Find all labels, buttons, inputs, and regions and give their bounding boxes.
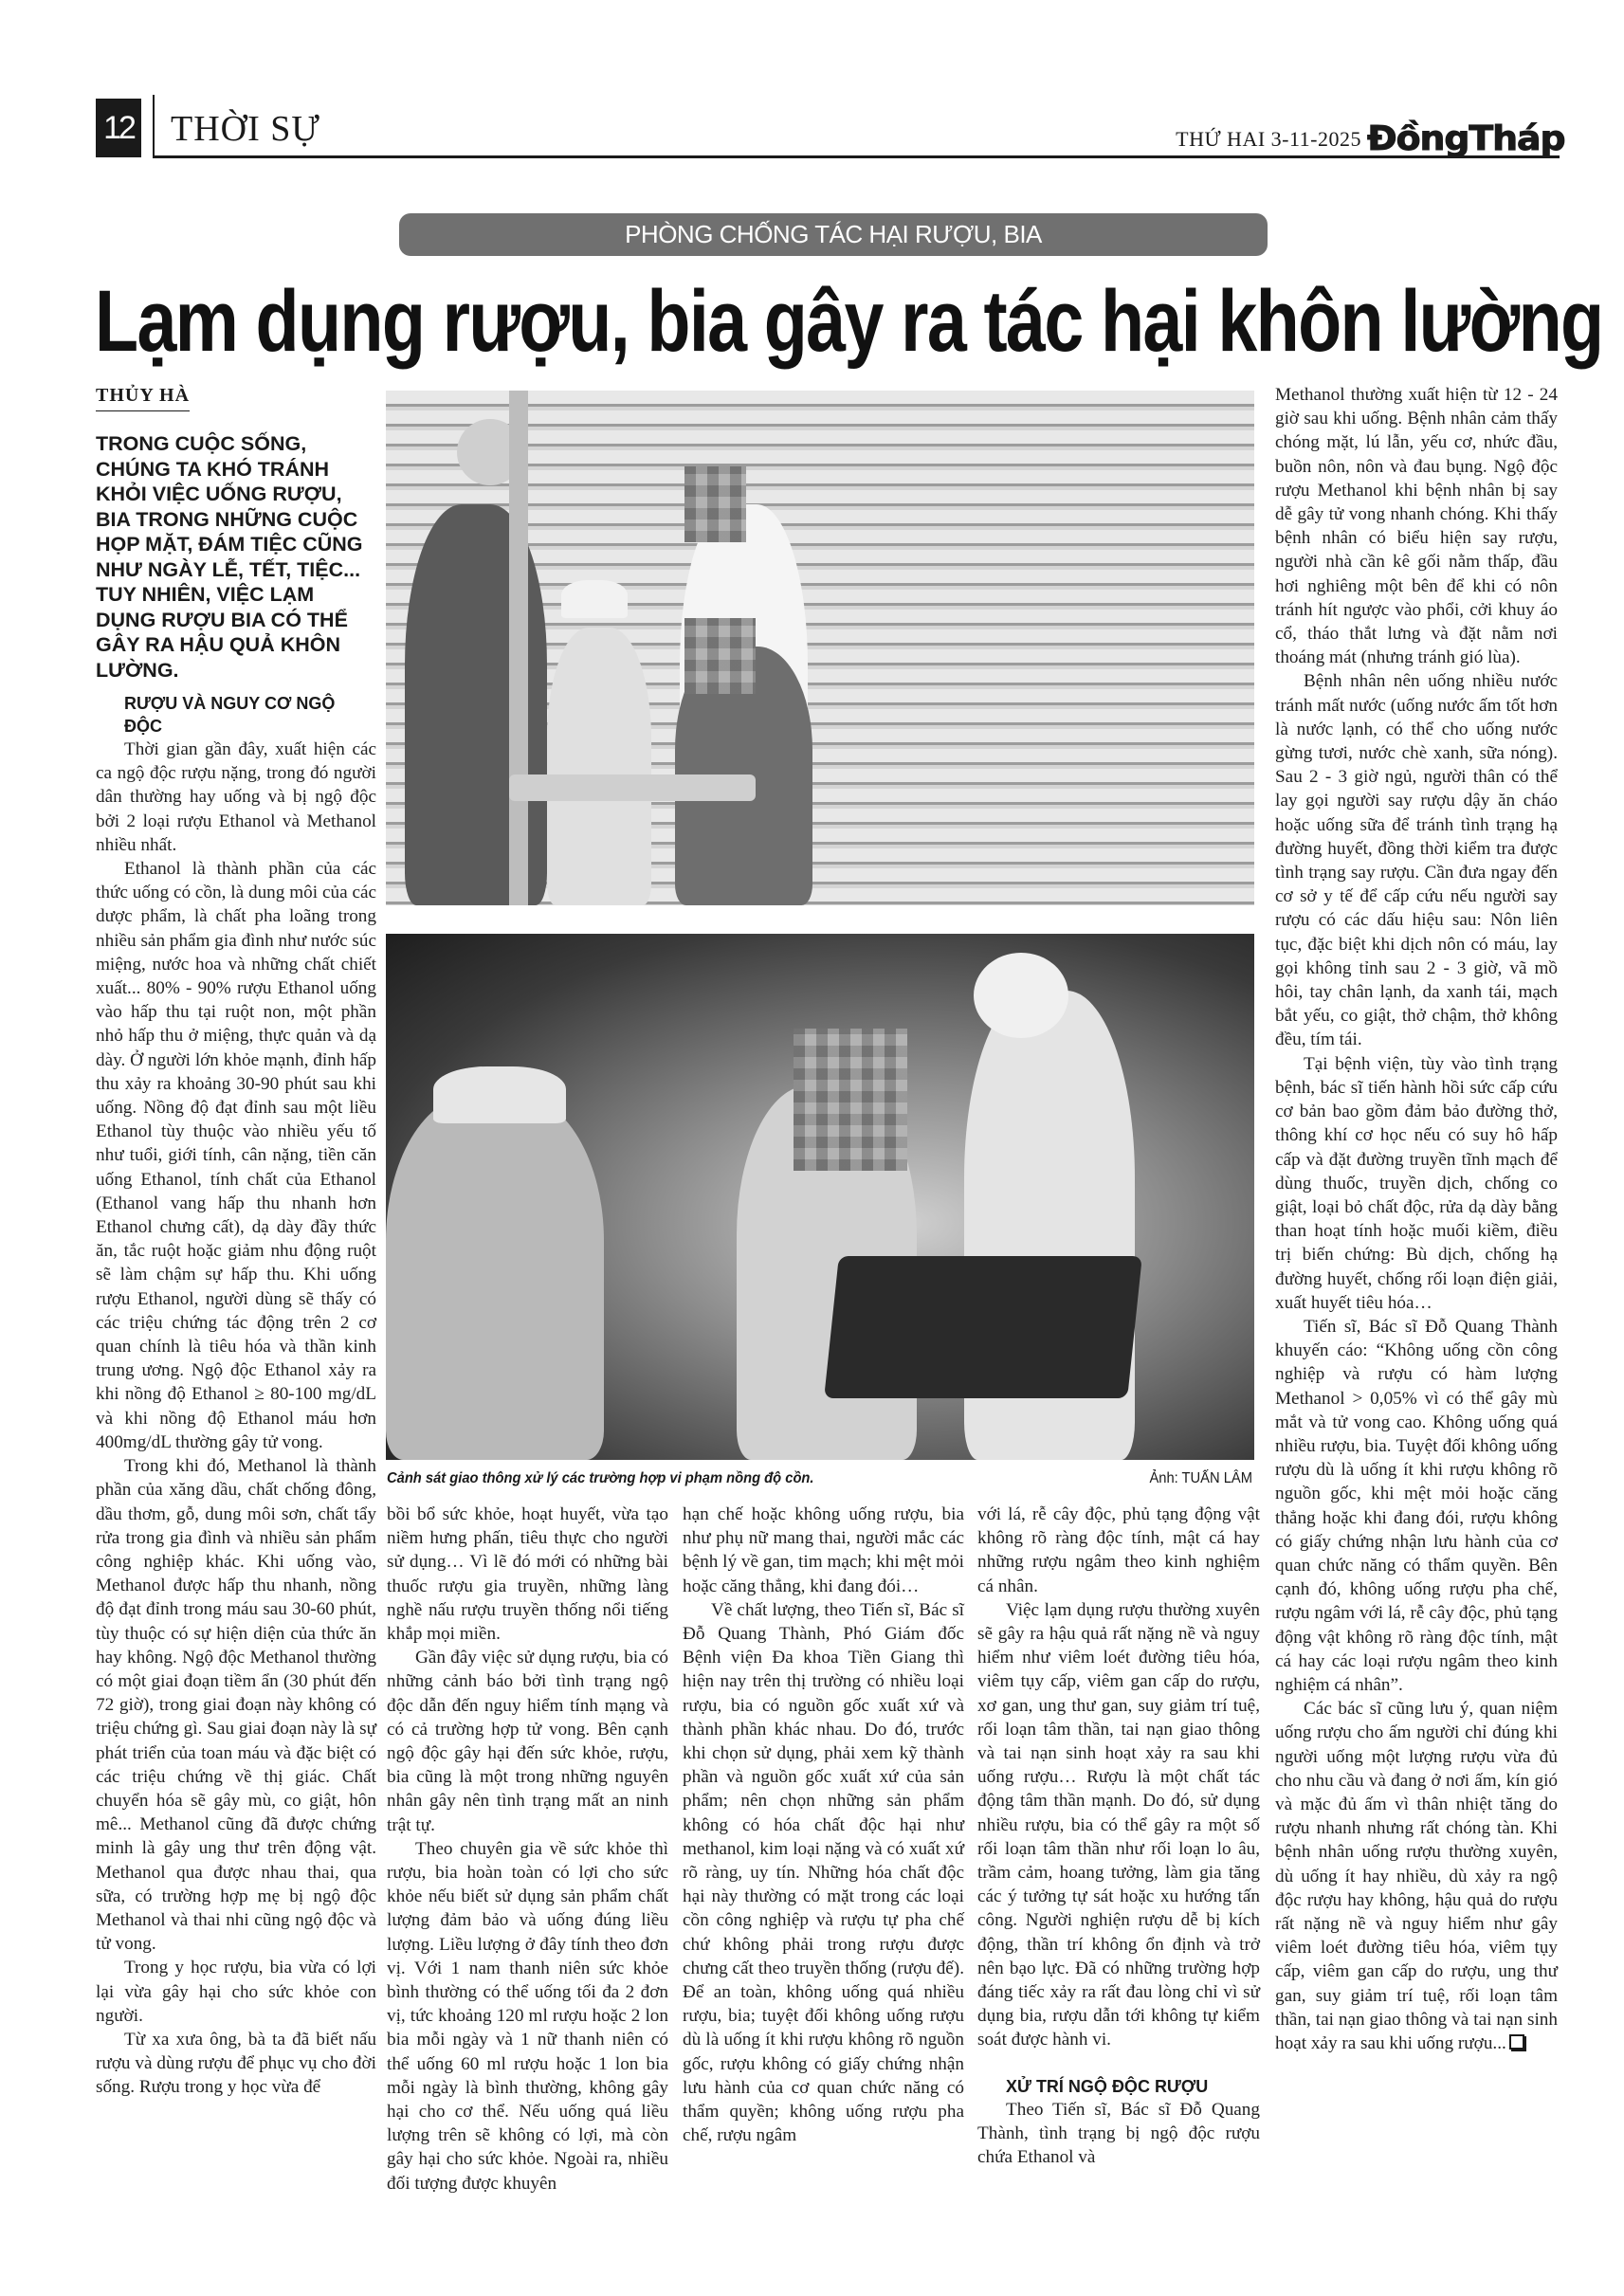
header-rule — [153, 155, 1560, 158]
photo-caption: Cảnh sát giao thông xử lý các trường hợp… — [387, 1470, 814, 1487]
blurred-face — [684, 466, 746, 542]
paragraph: Việc lạm dụng rượu thường xuyên sẽ gây r… — [977, 1598, 1260, 2052]
lead-paragraph: TRONG CUỘC SỐNG, CHÚNG TA KHÓ TRÁNH KHỎI… — [96, 431, 371, 683]
header-divider — [153, 95, 155, 157]
pole — [509, 391, 528, 905]
paragraph: Trong khi đó, Methanol là thành phần của… — [96, 1454, 376, 1956]
paragraph: Thời gian gần đây, xuất hiện các ca ngộ … — [96, 738, 376, 857]
paragraph-final: Các bác sĩ cũng lưu ý, quan niệm uống rư… — [1275, 1697, 1558, 2055]
paragraph: Ethanol là thành phần của các thức uống … — [96, 857, 376, 1454]
officer-cap — [433, 1066, 566, 1123]
headline: Lạm dụng rượu, bia gây ra tác hại khôn l… — [95, 269, 1292, 374]
photo-officers-checking-documents — [386, 934, 1254, 1460]
paragraph: Tiến sĩ, Bác sĩ Đỗ Quang Thành khuyến cá… — [1275, 1315, 1558, 1697]
photo-credit: Ảnh: TUẤN LÂM — [1149, 1470, 1252, 1487]
figure-officer-left — [386, 1095, 604, 1460]
paragraph-text: Các bác sĩ cũng lưu ý, quan niệm uống rư… — [1275, 1699, 1558, 2053]
paragraph: Tại bệnh viện, tùy vào tình trạng bệnh, … — [1275, 1052, 1558, 1315]
helmet — [974, 953, 1068, 1038]
blurred-face — [684, 618, 756, 694]
paragraph: Trong y học rượu, bia vừa có lợi lại vừa… — [96, 1956, 376, 2028]
byline: THỦY HÀ — [96, 385, 190, 411]
page-number: 12 — [96, 99, 141, 157]
paragraph: Theo chuyên gia về sức khỏe thì rượu, bi… — [387, 1837, 668, 2196]
photo-traffic-police-table — [386, 391, 1254, 905]
end-of-article-icon — [1509, 2034, 1524, 2050]
publication-logo: ĐồngTháp — [1367, 119, 1564, 158]
breathalyzer-case — [824, 1256, 1142, 1398]
subhead: RƯỢU VÀ NGUY CƠ NGỘ ĐỘC — [96, 692, 376, 738]
body-column-5: Methanol thường xuất hiện từ 12 - 24 giờ… — [1275, 383, 1558, 2055]
paragraph: Từ xa xưa ông, bà ta đã biết nấu rượu và… — [96, 2028, 376, 2100]
body-column-1: RƯỢU VÀ NGUY CƠ NGỘ ĐỘC Thời gian gần đâ… — [96, 692, 376, 2100]
body-column-2: bồi bổ sức khỏe, hoạt huyết, vừa tạo niề… — [387, 1503, 668, 2196]
paragraph: bồi bổ sức khỏe, hoạt huyết, vừa tạo niề… — [387, 1503, 668, 1646]
subhead: XỬ TRÍ NGỘ ĐỘC RƯỢU — [977, 2075, 1260, 2098]
kicker-banner: PHÒNG CHỐNG TÁC HẠI RƯỢU, BIA — [399, 213, 1268, 256]
paragraph: Gần đây việc sử dụng rượu, bia có những … — [387, 1646, 668, 1837]
paragraph: với lá, rễ cây độc, phủ tạng động vật kh… — [977, 1503, 1260, 1598]
section-name: THỜI SỰ — [171, 108, 320, 150]
figure-officer — [547, 628, 651, 905]
paragraph: hạn chế hoặc không uống rượu, bia như ph… — [683, 1503, 964, 1598]
body-column-4: với lá, rễ cây độc, phủ tạng động vật kh… — [977, 1503, 1260, 2169]
officer-cap — [561, 580, 628, 618]
paragraph: Bệnh nhân nên uống nhiều nước tránh mất … — [1275, 669, 1558, 1051]
table — [509, 774, 756, 801]
paragraph: Theo Tiến sĩ, Bác sĩ Đỗ Quang Thành, tìn… — [977, 2098, 1260, 2170]
paragraph: Methanol thường xuất hiện từ 12 - 24 giờ… — [1275, 383, 1558, 669]
paragraph: Về chất lượng, theo Tiến sĩ, Bác sĩ Đỗ Q… — [683, 1598, 964, 2148]
issue-date: THỨ HAI 3-11-2025 — [1176, 127, 1361, 152]
body-column-3: hạn chế hoặc không uống rượu, bia như ph… — [683, 1503, 964, 2147]
blurred-face — [794, 1029, 907, 1171]
